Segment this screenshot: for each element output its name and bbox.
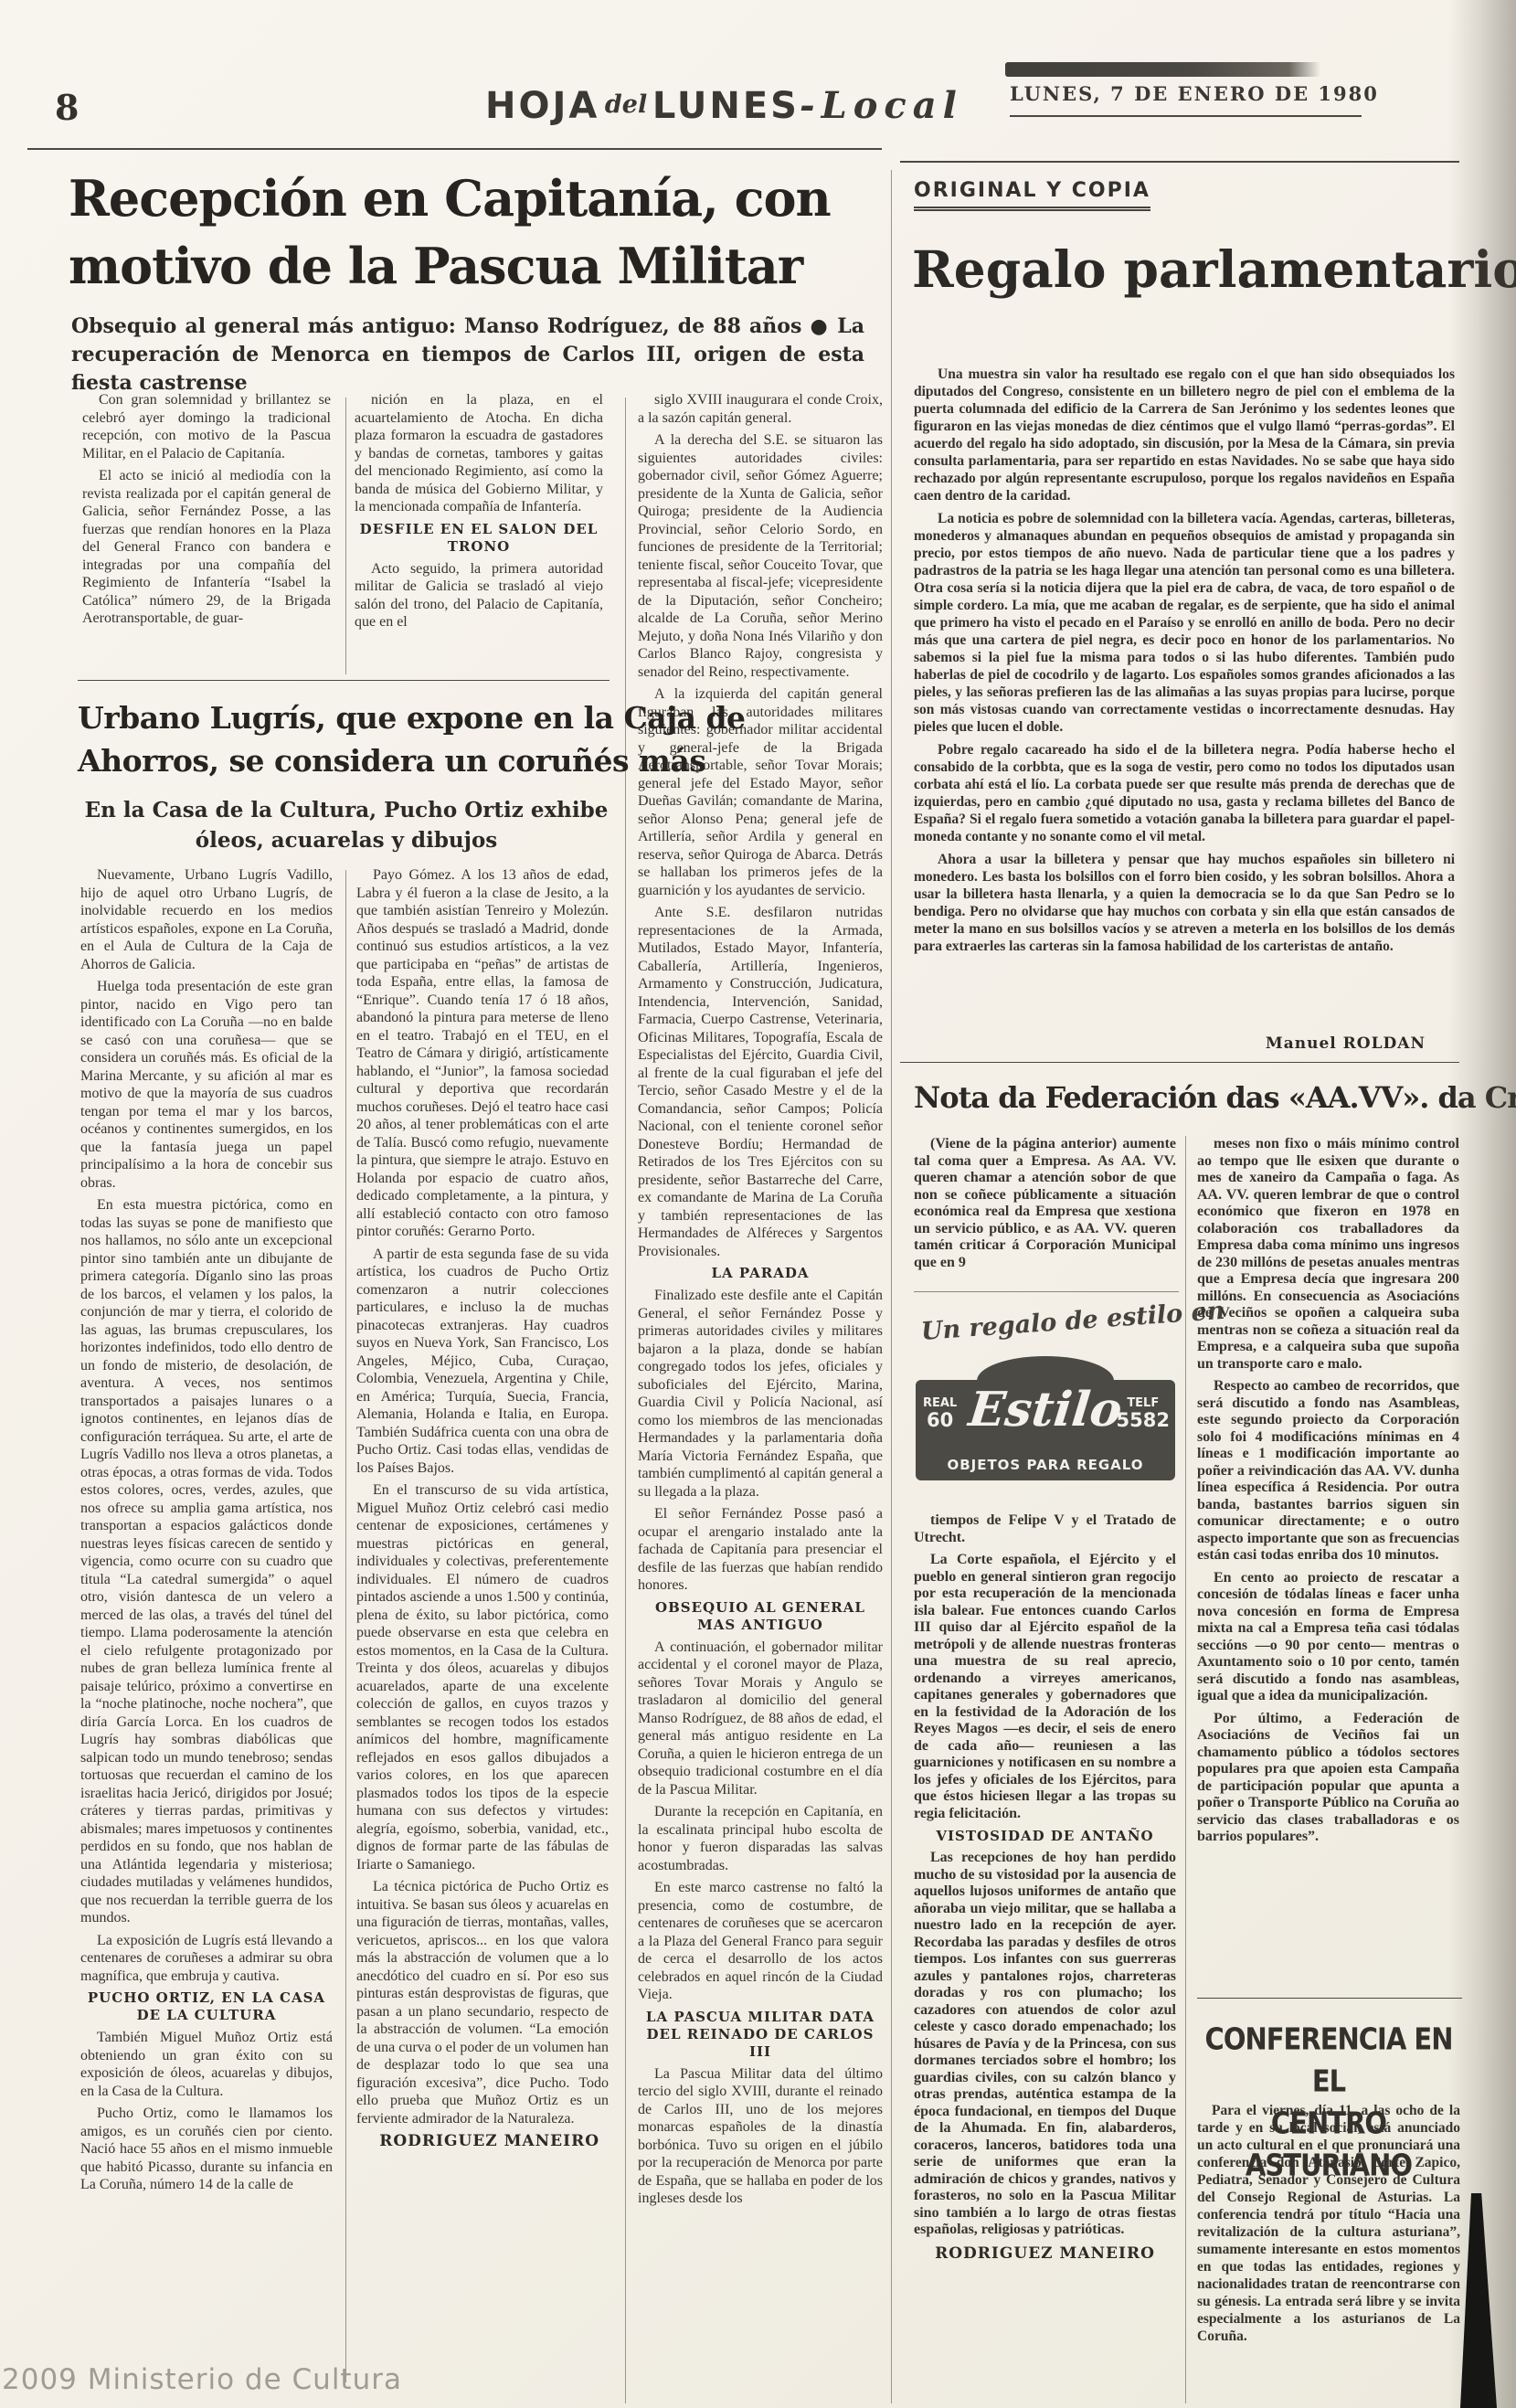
column-rule-left-1b [345,870,346,2382]
paragraph: El señor Fernández Posse pasó a ocupar e… [638,1505,883,1595]
nota-column-left-bottom: tiempos de Felipe V y el Tratado de Utre… [914,1512,1176,2403]
ad-badge-phone-label: TELF [1127,1396,1159,1410]
lugris-headline-line2: Ahorros, se considera un coruñés más [78,739,615,782]
ad-estilo: Un regalo de estilo en Estilo REAL 60 TE… [914,1291,1179,1501]
paragraph: Respecto ao cambeo de recorridos, que se… [1197,1378,1459,1565]
paragraph: Con gran solemnidad y brillantez se cele… [82,391,331,462]
paragraph: También Miguel Muñoz Ortiz está obtenien… [80,2029,333,2100]
kicker-label: ORIGINAL Y COPIA [914,179,1150,211]
issue-date: LUNES, 7 DE ENERO DE 1980 [1010,82,1379,105]
capitania-column-3: siglo XVIII inaugurara el conde Croix, a… [638,391,883,2402]
paragraph: A la derecha del S.E. se situaron las si… [638,431,883,681]
section-rule [78,680,610,681]
paragraph: Durante la recepción en Capitanía, en la… [638,1803,883,1874]
ad-badge-phone-number: 5582 [1117,1410,1170,1430]
paragraph: La Corte española, el Ejército y el pueb… [914,1552,1176,1822]
paragraph: A continuación, el gobernador militar ac… [638,1639,883,1799]
page-number: 8 [55,87,79,128]
scan-edge-shadow [1448,0,1516,2408]
nota-headline: Nota da Federación das «AA.VV». da Cruña [914,1080,1516,1115]
ink-smear-bar [1005,62,1320,77]
regalo-headline: Regalo parlamentario [912,239,1516,299]
column-subhead: OBSEQUIO AL GENERAL MAS ANTIGUO [638,1599,883,1634]
paragraph: Finalizado este desfile ante el Capitán … [638,1287,883,1501]
paragraph: Una muestra sin valor ha resultado ese r… [914,366,1455,504]
paragraph: En este marco castrense no faltó la pres… [638,1879,883,2004]
column-subhead: DESFILE EN EL SALON DEL TRONO [355,521,603,556]
regalo-body: Una muestra sin valor ha resultado ese r… [914,366,1455,1029]
column-subhead: PUCHO ORTIZ, EN LA CASA DE LA CULTURA [80,1989,333,2024]
paragraph: El acto se inició al mediodía con la rev… [82,467,331,628]
masthead: HOJA del LUNES-Local [485,84,963,127]
ad-tagline: Un regalo de estilo en [920,1297,1225,1346]
paragraph: En esta muestra pictórica, como en todas… [80,1196,333,1927]
paragraph: Ahora a usar la billetera y pensar que h… [914,851,1455,955]
ad-subtitle: OBJETOS PARA REGALO [916,1457,1175,1473]
paragraph: A partir de esta segunda fase de su vida… [356,1246,609,1478]
conferencia-body: Para el viernes, día 11, a las ocho de l… [1197,2102,1460,2405]
paragraph: siglo XVIII inaugurara el conde Croix, a… [638,391,883,427]
byline-rodriguez-maneiro-2: RODRIGUEZ MANEIRO [914,2244,1176,2263]
masthead-hoja: HOJA [485,85,599,127]
paragraph: Nuevamente, Urbano Lugrís Vadillo, hijo … [80,866,333,973]
date-rule [1010,115,1362,117]
article-capitania-headline: Recepción en Capitanía, con motivo de la… [69,164,831,300]
paragraph: nición en la plaza, en el acuartelamient… [355,391,603,516]
paragraph: La técnica pictórica de Pucho Ortiz es i… [356,1878,609,2127]
masthead-lunes: LUNES [652,85,800,127]
column-subhead: LA PARADA [638,1265,883,1282]
paragraph: Pobre regalo cacareado ha sido el de la … [914,741,1455,845]
paragraph: meses non fixo o máis mínimo control ao … [1197,1136,1459,1373]
masthead-del: del [605,90,647,119]
paragraph: tiempos de Felipe V y el Tratado de Utre… [914,1512,1176,1546]
paragraph: Huelga toda presentación de este gran pi… [80,978,333,1192]
paragraph: (Viene de la página anterior) aumente ta… [914,1136,1176,1271]
column-subhead: LA PASCUA MILITAR DATA DEL REINADO DE CA… [638,2009,883,2061]
byline-manuel-roldan: Manuel ROLDAN [914,1034,1426,1053]
paragraph: Para el viernes, día 11, a las ocho de l… [1197,2102,1460,2345]
section-rule [900,1062,1459,1063]
lugris-headline-line1: Urbano Lugrís, que expone en la Caja de [78,696,615,739]
column-rule-left-2 [625,398,626,2403]
paragraph: Por último, a Federación de Asociacións … [1197,1711,1459,1846]
lugris-column-a: Nuevamente, Urbano Lugrís Vadillo, hijo … [80,866,333,2385]
paragraph: Ante S.E. desfilaron nutridas representa… [638,904,883,1260]
header-rule-right [900,161,1459,163]
ad-badge-phone: TELF 5582 [1117,1396,1170,1430]
paragraph: En cento ao proiecto de rescatar a conce… [1197,1570,1459,1705]
paragraph: Acto seguido, la primera autoridad milit… [355,560,603,631]
byline-rodriguez-maneiro: RODRIGUEZ MANEIRO [356,2132,609,2150]
paragraph: Pucho Ortiz, como le llamamos los amigos… [80,2105,333,2194]
paragraph: Payo Gómez. A los 13 años de edad, Labra… [356,866,609,1241]
column-rule-main [891,170,892,2403]
archive-watermark: 2009 Ministerio de Cultura [2,2363,402,2396]
column-rule-left-1a [345,398,346,674]
nota-column-left-top: (Viene de la página anterior) aumente ta… [914,1136,1176,1289]
newspaper-page: { "page": { "number": "8", "masthead_wor… [0,0,1516,2408]
capitania-subhead: Obsequio al general más antiguo: Manso R… [71,313,864,398]
nota-column-right: meses non fixo o máis mínimo control ao … [1197,1136,1459,1986]
section-rule [1197,1998,1462,1999]
capitania-headline-line2: motivo de la Pascua Militar [69,232,831,300]
paragraph: La noticia es pobre de solemnidad con la… [914,510,1455,736]
ad-banner: Estilo REAL 60 TELF 5582 OBJETOS PARA RE… [916,1380,1175,1480]
ad-badge-real-number: 60 [923,1410,957,1430]
masthead-local: -Local [800,84,963,127]
regalo-kicker: ORIGINAL Y COPIA [914,179,1150,211]
header-rule-left [27,148,882,150]
ad-badge-real: REAL 60 [923,1396,957,1430]
lugris-subhead: En la Casa de la Cultura, Pucho Ortiz ex… [78,795,615,855]
lugris-column-b: Payo Gómez. A los 13 años de edad, Labra… [356,866,609,2385]
paragraph: En el transcurso de su vida artística, M… [356,1481,609,1873]
capitania-column-2: nición en la plaza, en el acuartelamient… [355,391,603,679]
article-lugris-headline: Urbano Lugrís, que expone en la Caja de … [78,696,615,855]
paragraph: La Pascua Militar data del último tercio… [638,2065,883,2208]
conferencia-headline-line1: CONFERENCIA EN EL [1195,2018,1462,2102]
paragraph: Las recepciones de hoy han perdido mucho… [914,1850,1176,2239]
capitania-column-1: Con gran solemnidad y brillantez se cele… [82,391,331,679]
ad-badge-real-label: REAL [923,1396,957,1410]
column-subhead: VISTOSIDAD DE ANTAÑO [914,1828,1176,1845]
paragraph: La exposición de Lugrís está llevando a … [80,1932,333,1986]
capitania-headline-line1: Recepción en Capitanía, con [69,164,831,232]
